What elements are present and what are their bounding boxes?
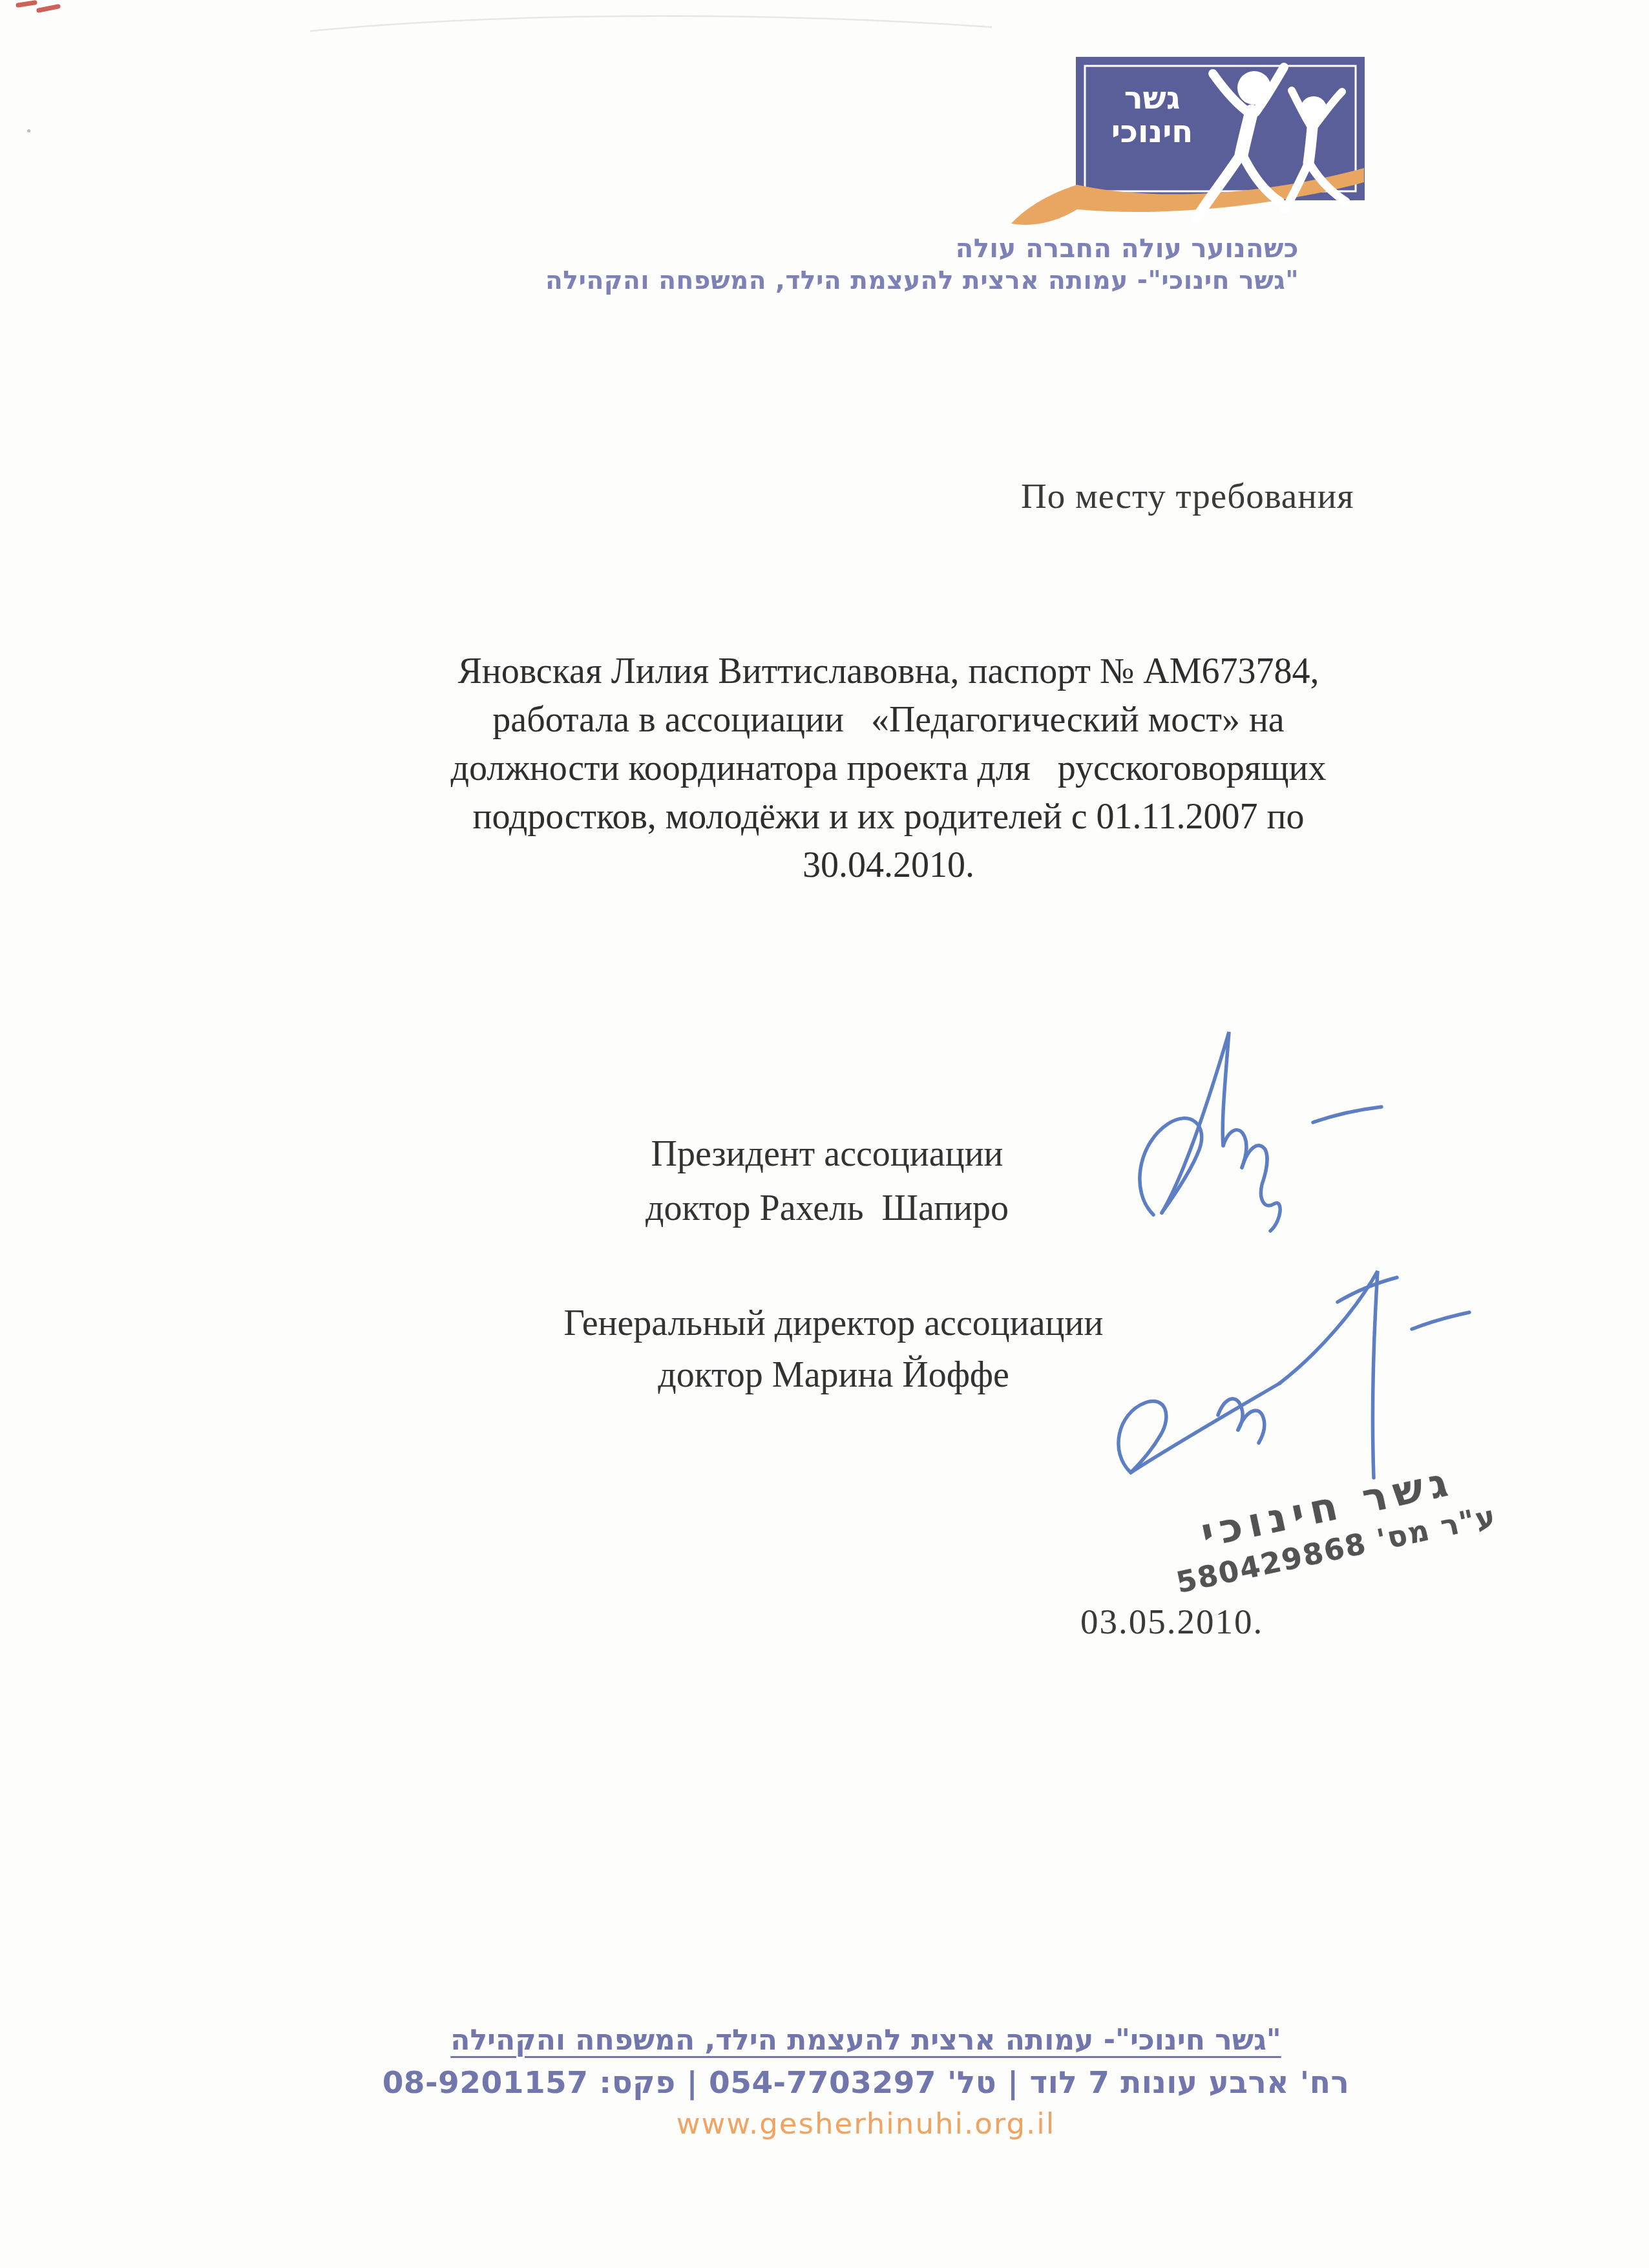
scanned-letter-page: גשר חינוכי כשהנוער עולה החברה עולה "גשר … (0, 0, 1649, 2268)
body-line: подростков, молодёжи и их родителей с 01… (330, 793, 1447, 841)
letter-date: 03.05.2010. (1080, 1601, 1263, 1642)
signatory-title: Президент ассоциации (556, 1127, 1098, 1181)
letterhead-tagline-1: כשהנוער עולה החברה עולה (956, 234, 1299, 264)
footer-contact-info: רח' ארבע עונות 7 לוד | טל' 054-7703297 |… (207, 2065, 1525, 2101)
letter-body: Яновская Лилия Виттиславовна, паспорт № … (330, 647, 1447, 890)
scan-wrinkle (0, 0, 1649, 78)
red-mark-artifact (18, 3, 58, 10)
signatory-general-director: Генеральный директор ассоциации доктор М… (517, 1297, 1150, 1401)
logo-text-bottom: חינוכי (1111, 114, 1193, 150)
letterhead-tagline-2: "גשר חינוכי"- עמותה ארצית להעצמת הילד, ה… (545, 266, 1299, 295)
body-line: 30.04.2010. (330, 841, 1447, 890)
footer-association-name: "גשר חינוכי"- עמותה ארצית להעצמת הילד, ה… (207, 2024, 1525, 2057)
logo-text-top: גשר (1124, 80, 1181, 116)
signature-president (1092, 1005, 1396, 1244)
signature-dash (1313, 1107, 1381, 1122)
organization-stamp: גשר חינוכי ע"ר מס' 580429868 (1155, 1448, 1507, 1601)
signatory-name: доктор Рахель Шапиро (556, 1181, 1098, 1235)
recipient-line: По месту требования (1021, 476, 1354, 516)
signatory-president: Президент ассоциации доктор Рахель Шапир… (556, 1127, 1098, 1235)
scan-speck (27, 129, 30, 132)
body-line: работала в ассоциации «Педагогический мо… (330, 696, 1447, 744)
signatory-name: доктор Марина Йоффе (517, 1349, 1150, 1401)
signature-dash (1412, 1312, 1469, 1329)
gesher-hinuchi-logo: גשר חינוכי (1005, 52, 1373, 239)
body-line: должности координатора проекта для русск… (330, 744, 1447, 793)
body-line: Яновская Лилия Виттиславовна, паспорт № … (330, 647, 1447, 696)
footer-website: www.gesherhinuhi.org.il (207, 2106, 1525, 2141)
signatory-title: Генеральный директор ассоциации (517, 1297, 1150, 1349)
